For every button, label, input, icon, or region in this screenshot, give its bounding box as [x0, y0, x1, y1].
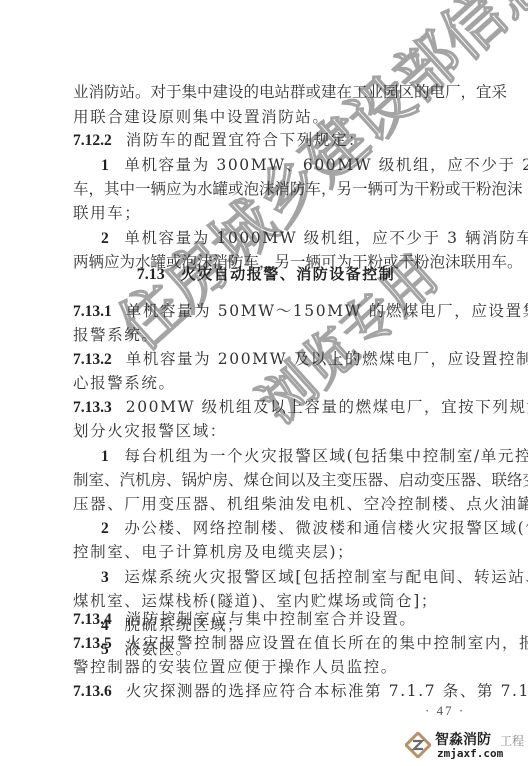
clause-number: 7.13.6 [73, 683, 112, 700]
section-title: 火灾自动报警、消防设备控制 [181, 265, 396, 283]
item-text: 单机容量为 300MW、600MW 级机组，应不少于 2 辆消防 [124, 156, 528, 174]
text-line: 压器、厂用变压器、机组柴油发电机、空冷控制楼、点火油罐)； [73, 493, 459, 515]
item-number: 2 [101, 520, 110, 537]
list-item: 2单机容量为 1000MW 级机组，应不少于 3 辆消防车，其中 [73, 227, 459, 249]
clause-number: 7.13.1 [73, 303, 112, 320]
clause-number: 7.12.2 [73, 132, 112, 149]
clause-number: 7.13.4 [73, 611, 112, 628]
section-heading: 7.13火灾自动报警、消防设备控制 [73, 262, 459, 286]
text-line: 车，其中一辆应为水罐或泡沫消防车，另一辆可为干粉或干粉泡沫 [73, 178, 459, 200]
item-text: 每台机组为一个火灾报警区域(包括集中控制室/单元控 [124, 447, 528, 465]
item-text: 运煤系统火灾报警区域[包括控制室与配电间、转运站、碎 [124, 568, 528, 586]
text-line: 业消防站。对于集中建设的电站群或建在工业园区的电厂，宜采 [73, 81, 459, 103]
list-item: 3运煤系统火灾报警区域[包括控制室与配电间、转运站、碎 [73, 566, 459, 588]
clause-text: 火灾报警控制器应设置在值长所在的集中控制室内，报 [126, 634, 528, 652]
item-number: 2 [101, 230, 110, 247]
clause-text: 消防车的配置宜符合下列规定： [126, 131, 365, 149]
clause-7-13-1: 7.13.1单机容量为 50MW～150MW 的燃煤电厂，应设置集中 [73, 300, 459, 322]
item-text: 单机容量为 1000MW 级机组，应不少于 3 辆消防车，其中 [124, 229, 528, 247]
page-number: · 47 · [425, 703, 465, 719]
clause-number: 7.13.2 [73, 351, 112, 368]
section-number: 7.13 [137, 266, 165, 283]
logo-name: 智淼消防 [435, 729, 491, 749]
text-line: 报警系统。 [73, 324, 459, 346]
list-item: 2办公楼、网络控制楼、微波楼和通信楼火灾报警区域(包括 [73, 517, 459, 539]
clause-text: 火灾探测器的选择应符合本标准第 7.1.7 条、第 7.1.8 [126, 682, 528, 700]
logo-diamond-icon [405, 732, 431, 758]
clause-7-13-6: 7.13.6火灾探测器的选择应符合本标准第 7.1.7 条、第 7.1.8 [73, 680, 459, 702]
clause-text: 单机容量为 200MW 及以上的燃煤电厂，应设置控制中 [126, 350, 528, 368]
clause-text: 单机容量为 50MW～150MW 的燃煤电厂，应设置集中 [126, 302, 528, 320]
clause-number: 7.13.5 [73, 635, 112, 652]
site-logo[interactable]: 智淼消防 工程 zmjaxf.com [405, 728, 527, 764]
list-item: 1每台机组为一个火灾报警区域(包括集中控制室/单元控 [73, 445, 459, 467]
text-line: 警控制器的安装位置应便于操作人员监控。 [73, 656, 459, 678]
clause-text: 消防控制室应与集中控制室合并设置。 [126, 610, 417, 628]
list-item: 1单机容量为 300MW、600MW 级机组，应不少于 2 辆消防 [73, 154, 459, 176]
text-line: 划分火灾报警区域： [73, 420, 459, 442]
text-line: 控制室、电子计算机房及电缆夹层)； [73, 541, 459, 563]
clause-7-13-2: 7.13.2单机容量为 200MW 及以上的燃煤电厂，应设置控制中 [73, 348, 459, 370]
clause-7-13-5: 7.13.5火灾报警控制器应设置在值长所在的集中控制室内，报 [73, 632, 459, 654]
clause-7-13-3: 7.13.3200MW 级机组及以上容量的燃煤电厂，宜按下列规定 [73, 396, 459, 418]
clause-7-12-2: 7.12.2消防车的配置宜符合下列规定： [73, 129, 459, 151]
item-number: 1 [101, 448, 110, 465]
clause-text: 200MW 级机组及以上容量的燃煤电厂，宜按下列规定 [126, 398, 528, 416]
logo-tail: 工程 [500, 732, 524, 749]
text-line: 用联合建设原则集中设置消防站。 [73, 106, 459, 128]
text-line: 联用车； [73, 202, 459, 224]
clause-number: 7.13.3 [73, 399, 112, 416]
clause-7-13-4: 7.13.4消防控制室应与集中控制室合并设置。 [73, 608, 459, 630]
item-number: 3 [101, 569, 110, 586]
logo-domain: zmjaxf.com [437, 747, 503, 760]
item-number: 1 [101, 157, 110, 174]
item-text: 办公楼、网络控制楼、微波楼和通信楼火灾报警区域(包括 [124, 519, 528, 537]
text-line: 制室、汽机房、锅炉房、煤仓间以及主变压器、启动变压器、联络变 [73, 469, 459, 491]
text-line: 心报警系统。 [73, 372, 459, 394]
